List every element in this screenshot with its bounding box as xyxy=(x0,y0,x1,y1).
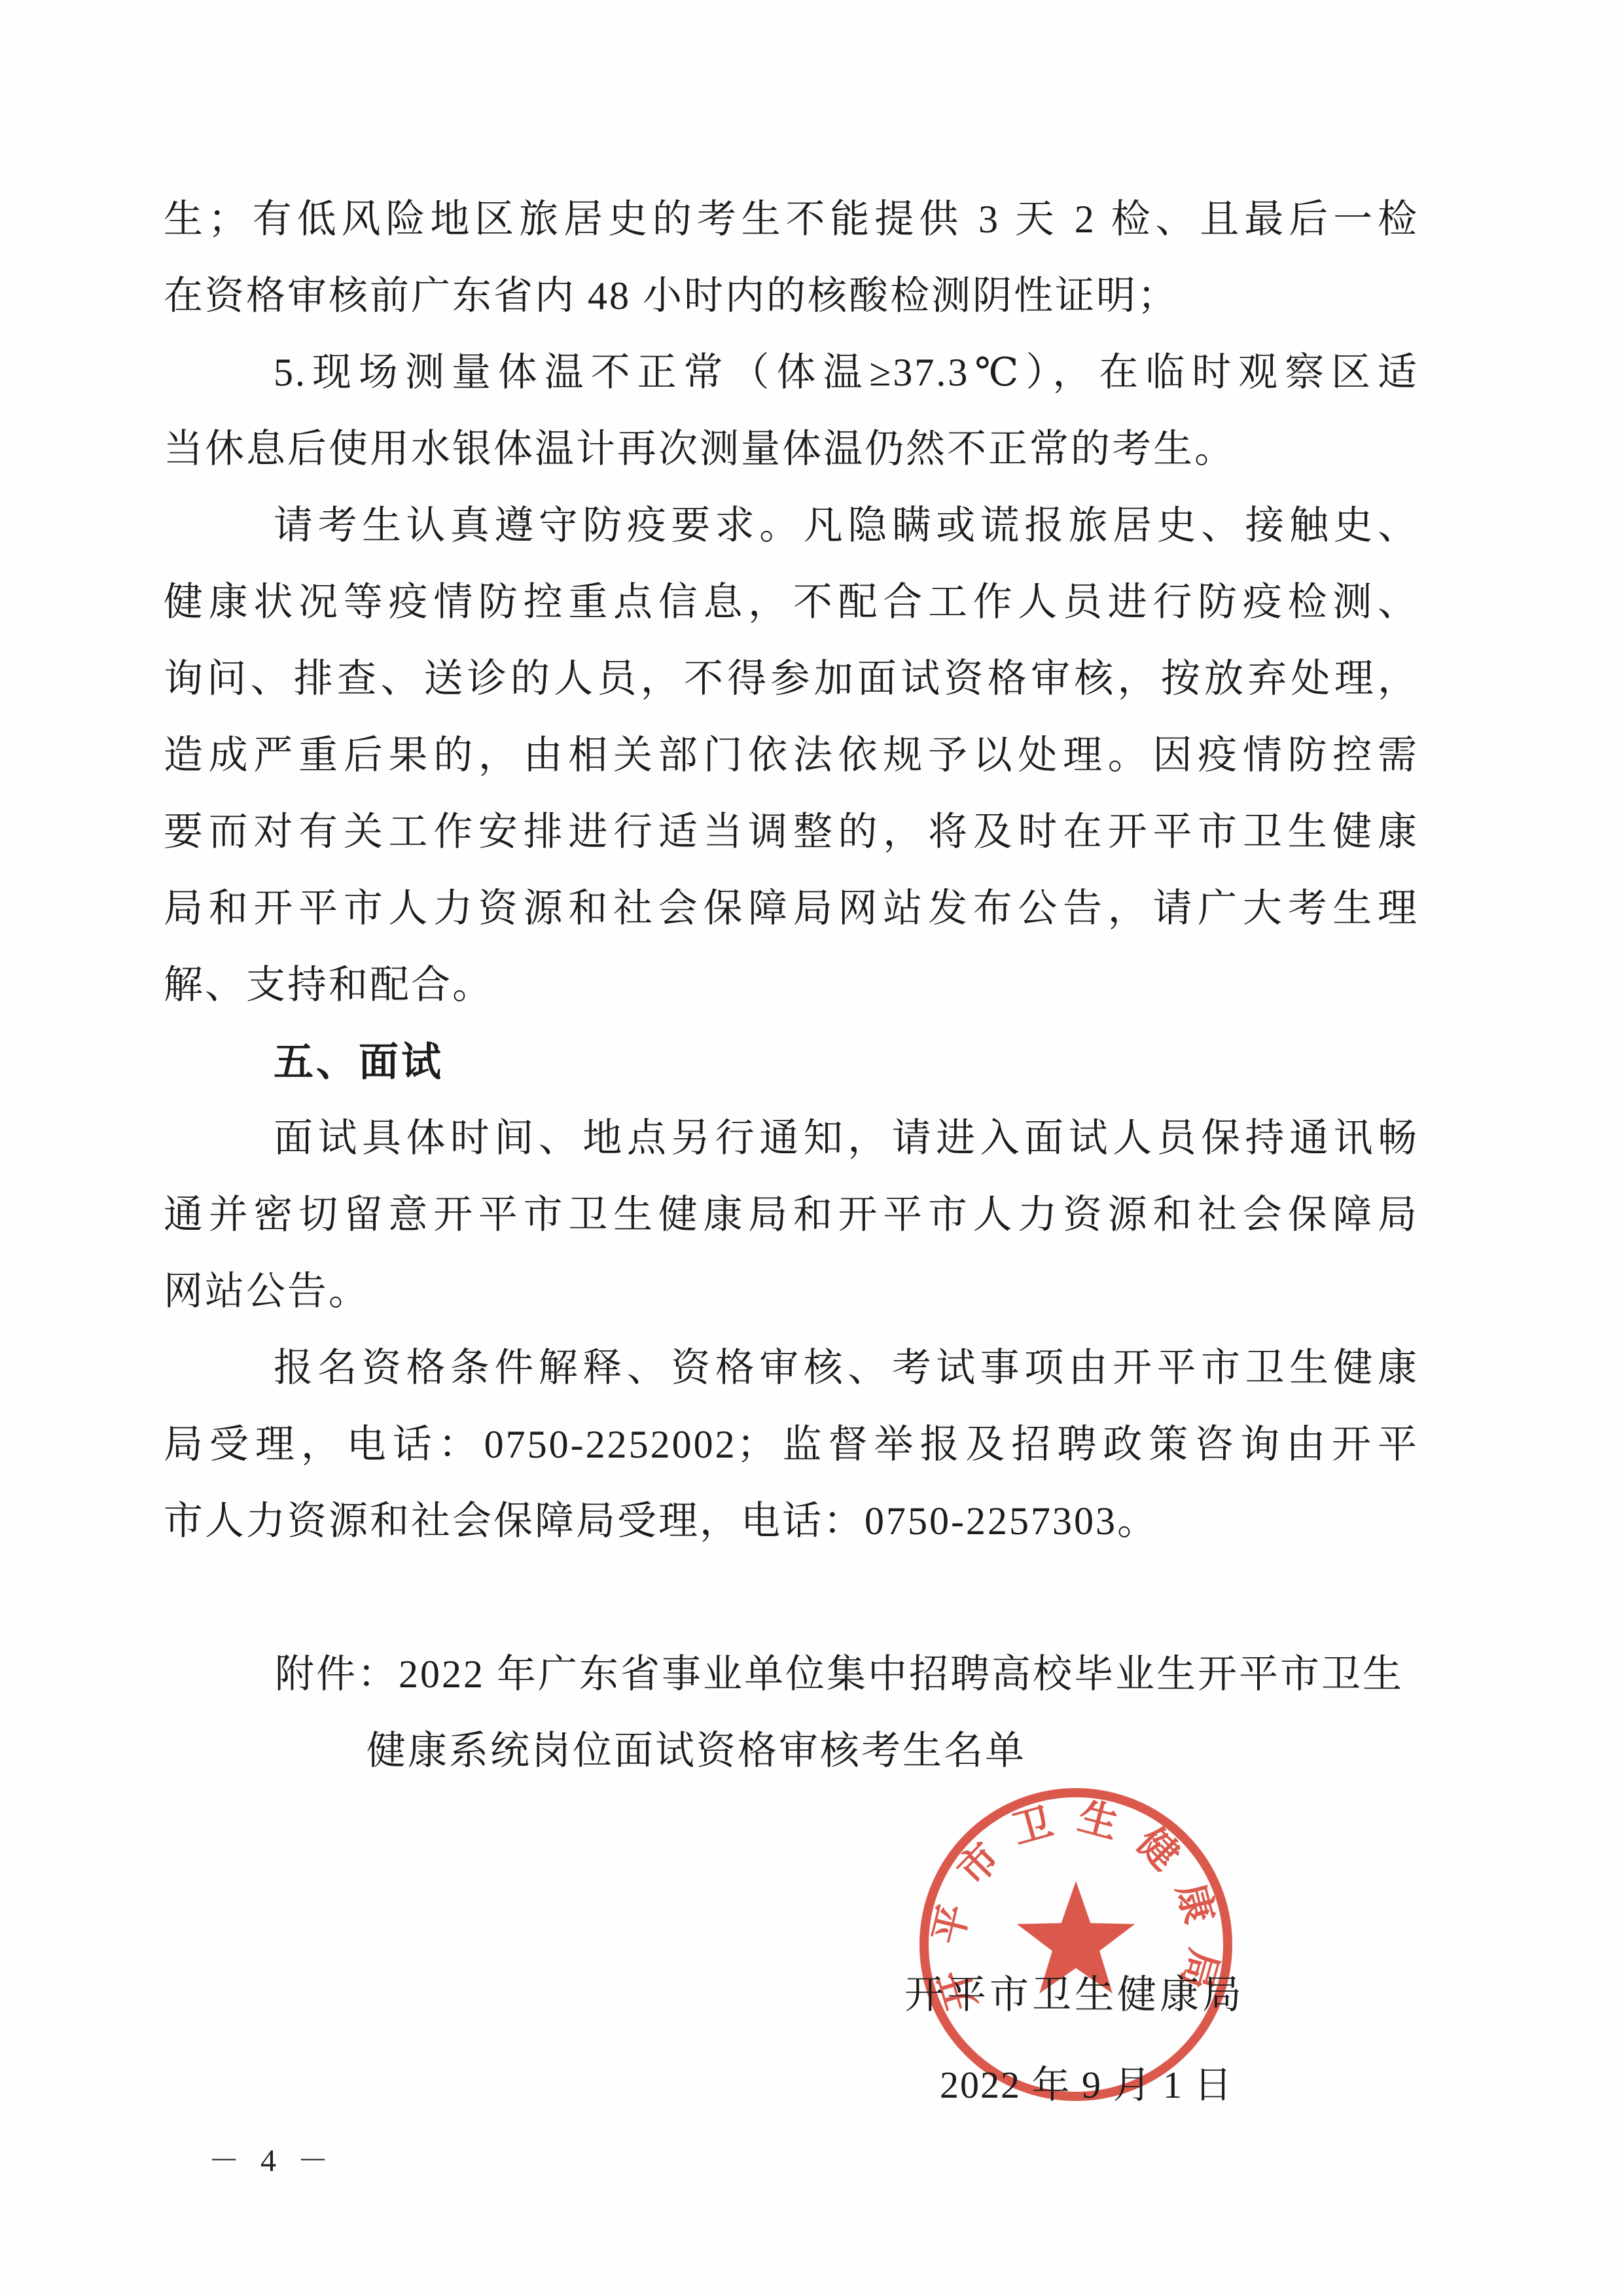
body-line: 5.现场测量体温不正常（体温≥37.3℃），在临时观察区适 xyxy=(164,334,1419,411)
body-line: 局受理，电话：0750-2252002；监督举报及招聘政策咨询由开平 xyxy=(164,1407,1419,1483)
body-lines: 生；有低风险地区旅居史的考生不能提供 3 天 2 检、且最后一检在资格审核前广东… xyxy=(164,181,1419,1636)
official-seal: 开平市卫生健康局 xyxy=(912,1781,1240,2108)
body-line: 要而对有关工作安排进行适当调整的，将及时在开平市卫生健康 xyxy=(164,794,1419,870)
body-line: 报名资格条件解释、资格审核、考试事项由开平市卫生健康 xyxy=(164,1330,1419,1407)
body-line: 面试具体时间、地点另行通知，请进入面试人员保持通讯畅 xyxy=(164,1100,1419,1177)
body-line: 通并密切留意开平市卫生健康局和开平市人力资源和社会保障局 xyxy=(164,1177,1419,1253)
body-line: 网站公告。 xyxy=(164,1253,1419,1330)
document-page: 生；有低风险地区旅居史的考生不能提供 3 天 2 检、且最后一检在资格审核前广东… xyxy=(0,0,1623,2296)
body-line: 解、支持和配合。 xyxy=(164,947,1419,1024)
body-line: 请考生认真遵守防疫要求。凡隐瞒或谎报旅居史、接触史、 xyxy=(164,488,1419,564)
body-line: 局和开平市人力资源和社会保障局网站发布公告，请广大考生理 xyxy=(164,870,1419,947)
body-line: 造成严重后果的，由相关部门依法依规予以处理。因疫情防控需 xyxy=(164,717,1419,794)
signature-date: 2022 年 9 月 1 日 xyxy=(940,2062,1267,2109)
body-line: 市人力资源和社会保障局受理，电话：0750-2257303。 xyxy=(164,1483,1419,1560)
signature-org: 开平市卫生健康局 xyxy=(904,1971,1258,2018)
attachment-line-2: 健康系统岗位面试资格审核考生名单 xyxy=(164,1713,1419,1789)
body-line: 在资格审核前广东省内 48 小时内的核酸检测阴性证明； xyxy=(164,258,1419,334)
text-flow: 生；有低风险地区旅居史的考生不能提供 3 天 2 检、且最后一检在资格审核前广东… xyxy=(164,181,1419,1789)
body-line: 生；有低风险地区旅居史的考生不能提供 3 天 2 检、且最后一检 xyxy=(164,181,1419,258)
page-number: － 4 － xyxy=(208,2135,335,2180)
body-line: 询问、排查、送诊的人员，不得参加面试资格审核，按放弃处理， xyxy=(164,641,1419,717)
section-heading: 五、面试 xyxy=(164,1024,1419,1100)
blank-line xyxy=(164,1560,1419,1636)
attachment-line-1: 附件：2022 年广东省事业单位集中招聘高校毕业生开平市卫生 xyxy=(164,1636,1419,1713)
body-line: 当休息后使用水银体温计再次测量体温仍然不正常的考生。 xyxy=(164,411,1419,488)
body-line: 健康状况等疫情防控重点信息，不配合工作人员进行防疫检测、 xyxy=(164,564,1419,641)
